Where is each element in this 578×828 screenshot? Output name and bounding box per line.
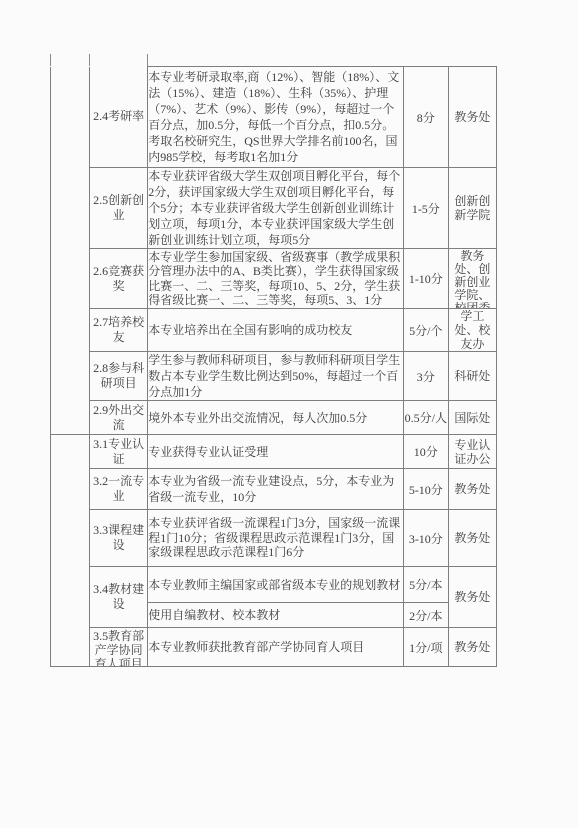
table-row: 3.5教育部产学协同育人项目 本专业教师获批教育部产学协同育人项目 1分/项 教… [51, 628, 497, 667]
section-2-spacer-cell [51, 67, 90, 435]
section-3-spacer-cell [51, 435, 90, 667]
table-row: 2.6竞赛获奖 本专业学生参加国家级、省级赛事（教学成果积分管理办法中的A、B类… [51, 249, 497, 309]
department-value: 学工处、校友办 [448, 309, 496, 352]
score-value: 3-10分 [403, 510, 448, 567]
table-row: 2.7培养校友 本专业培养出在全国有影响的成功校友 5分/个 学工处、校友办 [51, 309, 497, 352]
evaluation-criteria-table: 2.4考研率 本专业考研录取率,商（12%）、智能（18%）、文法（15%）、建… [50, 66, 497, 667]
criteria-text: 本专业学生参加国家级、省级赛事（教学成果积分管理办法中的A、B类比赛），学生获得… [148, 249, 404, 309]
department-value: 科研处 [448, 352, 496, 401]
table-row: 2.4考研率 本专业考研录取率,商（12%）、智能（18%）、文法（15%）、建… [51, 67, 497, 168]
table-row: 2.5创新创业 本专业获评省级大学生双创项目孵化平台，每个2分，获评国家级大学生… [51, 168, 497, 249]
table-row: 2.9外出交流 境外本专业外出交流情况，每人次加0.5分 0.5分/人 国际处 [51, 401, 497, 435]
item-text-clipped: 3.5教育部产学协同育人项目 [90, 628, 147, 666]
score-value: 3分 [403, 352, 448, 401]
table-row: 3.3课程建设 本专业获评省级一流课程1门3分，国家级一流课程1门10分；省级课… [51, 510, 497, 567]
score-value: 5分/本 [403, 567, 448, 603]
item-label: 2.8参与科研项目 [90, 352, 148, 401]
criteria-text: 境外本专业外出交流情况，每人次加0.5分 [148, 401, 404, 435]
score-value: 1分/项 [403, 628, 448, 667]
grid-continuation-line [50, 54, 51, 66]
item-label: 3.2一流专业 [90, 469, 148, 510]
criteria-text: 本专业考研录取率,商（12%）、智能（18%）、文法（15%）、建造（18%）、… [148, 67, 404, 168]
department-value: 教务处 [448, 567, 496, 628]
department-value: 教务处 [448, 628, 496, 667]
item-label: 2.9外出交流 [90, 401, 148, 435]
criteria-text: 本专业教师主编国家或部省级本专业的规划教材 [148, 567, 404, 603]
grid-continuation-line [147, 54, 148, 66]
item-label: 3.1专业认证 [90, 435, 148, 469]
department-value: 教务处 [448, 510, 496, 567]
table-row: 2.8参与科研项目 学生参与教师科研项目，参与教师科研项目学生数占本专业学生数比… [51, 352, 497, 401]
item-label: 2.4考研率 [90, 67, 148, 168]
criteria-text: 本专业培养出在全国有影响的成功校友 [148, 309, 404, 352]
department-value: 创新创新学院 [448, 168, 496, 249]
department-value: 专业认证办公 [448, 435, 496, 469]
item-label: 3.5教育部产学协同育人项目 [90, 628, 148, 667]
table-row: 3.1专业认证 专业获得专业认证受理 10分 专业认证办公 [51, 435, 497, 469]
score-value: 5-10分 [403, 469, 448, 510]
item-label: 2.7培养校友 [90, 309, 148, 352]
score-value: 1-10分 [403, 249, 448, 309]
department-value: 国际处 [448, 401, 496, 435]
item-label: 3.3课程建设 [90, 510, 148, 567]
criteria-text: 本专业为省级一流专业建设点，5分，本专业为省级一流专业，10分 [148, 469, 404, 510]
criteria-text: 学生参与教师科研项目，参与教师科研项目学生数占本专业学生数比例达到50%，每超过… [148, 352, 404, 401]
score-value: 8分 [403, 67, 448, 168]
item-label: 3.4教材建设 [90, 567, 148, 628]
department-value: 教务处 [448, 67, 496, 168]
score-value: 2分/本 [403, 603, 448, 628]
scanned-document-page: 2.4考研率 本专业考研录取率,商（12%）、智能（18%）、文法（15%）、建… [0, 0, 578, 828]
score-value: 0.5分/人 [403, 401, 448, 435]
score-value: 1-5分 [403, 168, 448, 249]
grid-continuation-line [89, 54, 90, 66]
department-value: 教务处、创新创业学院、校团委 [448, 249, 496, 309]
table-row: 3.2一流专业 本专业为省级一流专业建设点，5分，本专业为省级一流专业，10分 … [51, 469, 497, 510]
table-row: 3.4教材建设 本专业教师主编国家或部省级本专业的规划教材 5分/本 教务处 [51, 567, 497, 603]
criteria-text: 专业获得专业认证受理 [148, 435, 404, 469]
criteria-text: 本专业获评省级一流课程1门3分，国家级一流课程1门10分；省级课程思政示范课程1… [148, 510, 404, 567]
score-value: 5分/个 [403, 309, 448, 352]
department-text-clipped: 教务处、创新创业学院、校团委 [449, 249, 496, 308]
item-label: 2.6竞赛获奖 [90, 249, 148, 309]
score-value: 10分 [403, 435, 448, 469]
item-label: 2.5创新创业 [90, 168, 148, 249]
criteria-text: 本专业获评省级大学生双创项目孵化平台，每个2分，获评国家级大学生双创项目孵化平台… [148, 168, 404, 249]
criteria-text: 本专业教师获批教育部产学协同育人项目 [148, 628, 404, 667]
department-value: 教务处 [448, 469, 496, 510]
criteria-text: 使用自编教材、校本教材 [148, 603, 404, 628]
